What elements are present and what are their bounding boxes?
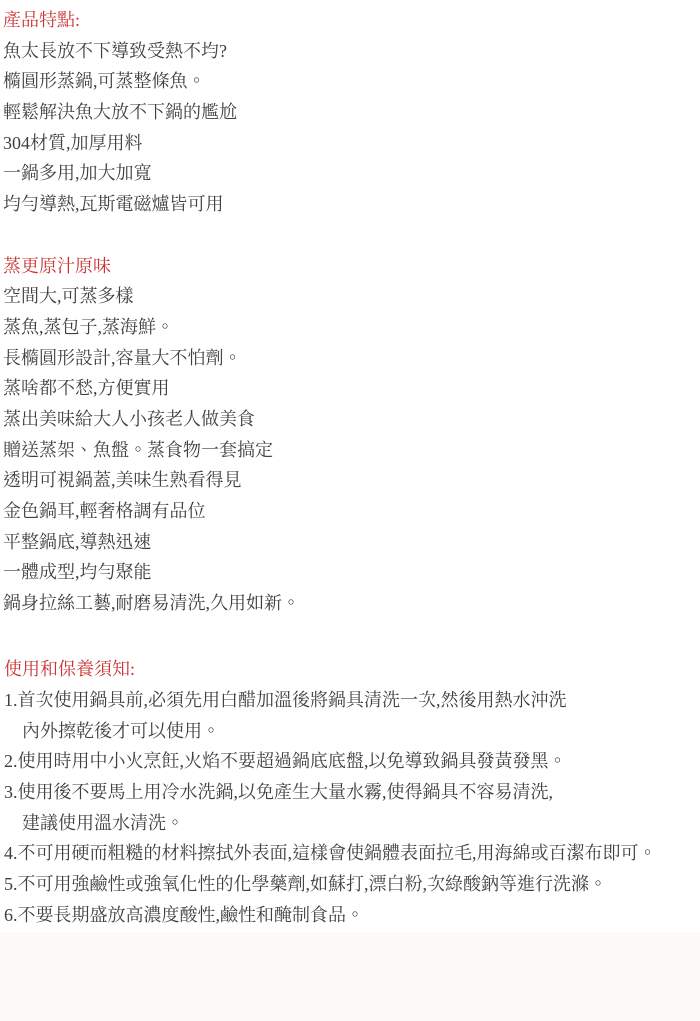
- feature-line: 蒸魚,蒸包子,蒸海鮮。: [3, 312, 700, 343]
- feature-line: 魚太長放不下導致受熱不均?: [3, 36, 700, 67]
- care-note-line: 1.首次使用鍋具前,必須先用白醋加溫後將鍋具清洗一次,然後用熱水沖洗: [3, 685, 700, 716]
- feature-line: 平整鍋底,導熱迅速: [3, 527, 700, 558]
- care-note-line: 5.不可用強鹼性或強氧化性的化學藥劑,如蘇打,漂白粉,次綠酸鈉等進行洗滌。: [3, 869, 700, 900]
- care-note-line: 4.不可用硬而粗糙的材料擦拭外表面,這樣會使鍋體表面拉毛,用海綿或百潔布即可。: [3, 838, 700, 869]
- feature-line: 蒸啥都不愁,方便實用: [3, 373, 700, 404]
- feature-line: 均勻導熱,瓦斯電磁爐皆可用: [3, 189, 700, 220]
- feature-line: 贈送蒸架、魚盤。蒸食物一套搞定: [3, 435, 700, 466]
- section-heading: 產品特點:: [3, 5, 700, 36]
- feature-line: 透明可視鍋蓋,美味生熟看得見: [3, 465, 700, 496]
- section-product-features: 產品特點: 魚太長放不下導致受熱不均? 橢圓形蒸鍋,可蒸整條魚。 輕鬆解決魚大放…: [3, 5, 700, 220]
- care-note-line: 3.使用後不要馬上用冷水洗鍋,以免產生大量水霧,使得鍋具不容易清洗,: [3, 777, 700, 808]
- feature-line: 空間大,可蒸多樣: [3, 281, 700, 312]
- section-steam-flavor: 蒸更原汁原味 空間大,可蒸多樣 蒸魚,蒸包子,蒸海鮮。 長橢圓形設計,容量大不怕…: [3, 251, 700, 619]
- care-note-continuation: 內外擦乾後才可以使用。: [21, 716, 700, 747]
- feature-line: 金色鍋耳,輕奢格調有品位: [3, 496, 700, 527]
- care-note-continuation: 建議使用溫水清洗。: [21, 808, 700, 839]
- feature-line: 304材質,加厚用料: [3, 128, 700, 159]
- section-heading: 使用和保養須知:: [3, 654, 700, 685]
- feature-line: 蒸出美味給大人小孩老人做美食: [3, 404, 700, 435]
- section-care-notes: 使用和保養須知: 1.首次使用鍋具前,必須先用白醋加溫後將鍋具清洗一次,然後用熱…: [3, 654, 700, 930]
- product-description-page: 產品特點: 魚太長放不下導致受熱不均? 橢圓形蒸鍋,可蒸整條魚。 輕鬆解決魚大放…: [0, 0, 700, 1021]
- care-note-line: 6.不要長期盛放高濃度酸性,鹼性和醃制食品。: [3, 900, 700, 931]
- feature-line: 輕鬆解決魚大放不下鍋的尷尬: [3, 97, 700, 128]
- feature-line: 長橢圓形設計,容量大不怕劑。: [3, 343, 700, 374]
- feature-line: 橢圓形蒸鍋,可蒸整條魚。: [3, 66, 700, 97]
- feature-line: 鍋身拉絲工藝,耐磨易清洗,久用如新。: [3, 588, 700, 619]
- feature-line: 一鍋多用,加大加寬: [3, 158, 700, 189]
- care-note-line: 2.使用時用中小火烹飪,火焰不要超過鍋底底盤,以免導致鍋具發黃發黑。: [3, 746, 700, 777]
- section-heading: 蒸更原汁原味: [3, 251, 700, 282]
- content: 產品特點: 魚太長放不下導致受熱不均? 橢圓形蒸鍋,可蒸整條魚。 輕鬆解決魚大放…: [0, 0, 700, 930]
- feature-line: 一體成型,均勻聚能: [3, 557, 700, 588]
- footer-band: [0, 932, 700, 1021]
